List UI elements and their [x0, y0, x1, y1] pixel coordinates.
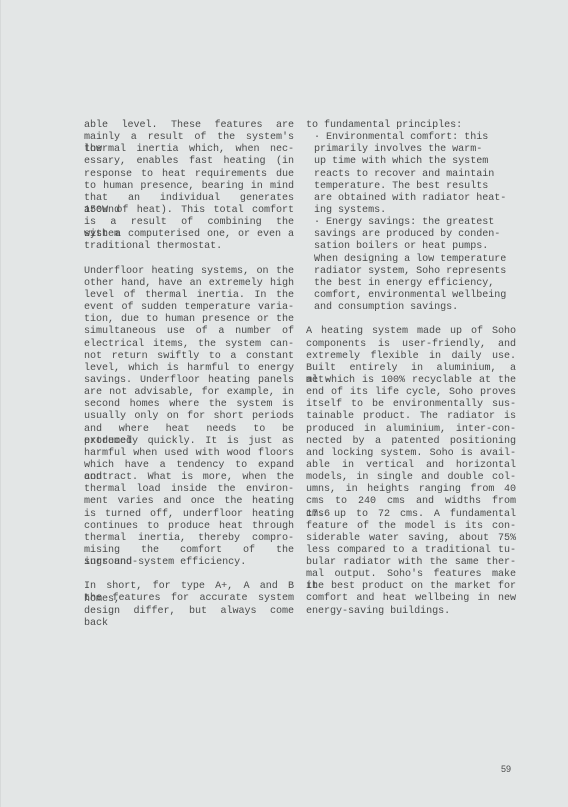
text-line: ment varies and once the heating	[84, 496, 294, 508]
text-line: ings and system efficiency.	[84, 557, 294, 569]
paragraph-low-inertia: able level. These features are mainly a …	[84, 120, 294, 254]
paragraph-soho-system: A heating system made up of Soho compone…	[306, 326, 516, 617]
right-column: to fundamental principles: · Environment…	[306, 120, 516, 618]
text-line: which have a tendency to expand and	[84, 460, 294, 472]
text-line: other hand, have an extremely high	[84, 278, 294, 290]
text-line: cms to 240 cms and widths from 17.6	[306, 496, 516, 508]
text-line: extremely quickly. It is just as	[84, 436, 294, 448]
text-line: with a computerised one, or even a	[84, 229, 294, 241]
page-number: 59	[501, 764, 511, 774]
text-line: and locking system. Soho is avail-	[306, 448, 516, 460]
text-line: response to heat requirements due	[84, 169, 294, 181]
text-line: al which is 100% recyclable at the	[306, 375, 516, 387]
text-line: electrical items, the system can-	[84, 339, 294, 351]
bullet-line: savings are produced by conden-	[306, 229, 516, 241]
text-line: contract. What is more, when the	[84, 472, 294, 484]
paragraph-in-short: In short, for type A+, A and B homes, th…	[84, 581, 294, 617]
bullet-environmental-comfort: · Environmental comfort: this primarily …	[306, 132, 516, 217]
text-line: mainly a result of the system's low	[84, 132, 294, 144]
text-line: mising the comfort of the surround-	[84, 545, 294, 557]
text-line: cms up to 72 cms. A fundamental	[306, 509, 516, 521]
bullet-line: up time with which the system	[306, 156, 516, 168]
text-line: the features for accurate system	[84, 593, 294, 605]
text-line: In short, for type A+, A and B homes,	[84, 581, 294, 593]
text-line: feature of the model is its con-	[306, 521, 516, 533]
paragraph-spacer	[306, 314, 516, 326]
text-line: mal output. Soho's features make it	[306, 569, 516, 581]
bullet-line: · Energy savings: the greatest	[306, 217, 516, 229]
text-line: extremely flexible in daily use.	[306, 351, 516, 363]
bullet-line: the best in energy efficiency,	[306, 278, 516, 290]
text-line: Built entirely in aluminium, a met-	[306, 363, 516, 375]
text-line: models, in single and double col-	[306, 472, 516, 484]
text-line: nected by a patented positioning	[306, 436, 516, 448]
paragraph-spacer	[84, 569, 294, 581]
text-line: umns, in heights ranging from 40	[306, 484, 516, 496]
bullet-line: radiator system, Soho represents	[306, 266, 516, 278]
bullet-energy-savings: · Energy savings: the greatest savings a…	[306, 217, 516, 314]
bullet-line: are obtained with radiator heat-	[306, 193, 516, 205]
text-line: Underfloor heating systems, on the	[84, 266, 294, 278]
text-line: is turned off, underfloor heating	[84, 509, 294, 521]
text-line: to human presence, bearing in mind	[84, 181, 294, 193]
left-column: able level. These features are mainly a …	[84, 120, 294, 618]
text-line: bular radiator with the same ther-	[306, 557, 516, 569]
text-line: usually only on for short periods	[84, 411, 294, 423]
text-line: siderable water saving, about 75%	[306, 533, 516, 545]
text-line: components is user-friendly, and	[306, 339, 516, 351]
text-line: tainable product. The radiator is	[306, 411, 516, 423]
text-line: traditional thermostat.	[84, 241, 294, 253]
bullet-line: temperature. The best results	[306, 181, 516, 193]
bullet-line: When designing a low temperature	[306, 254, 516, 266]
document-page: able level. These features are mainly a …	[0, 0, 568, 807]
text-line: end of its life cycle, Soho proves	[306, 387, 516, 399]
text-line: savings. Underfloor heating panels	[84, 375, 294, 387]
text-line: simultaneous use of a number of	[84, 326, 294, 338]
text-line: thermal inertia which, when nec-	[84, 144, 294, 156]
text-line: thermal load inside the environ-	[84, 484, 294, 496]
text-line: tion, due to human presence or the	[84, 314, 294, 326]
bullet-line: · Environmental comfort: this	[306, 132, 516, 144]
text-line: thermal inertia, thereby compro-	[84, 533, 294, 545]
text-line: second homes where the system is	[84, 399, 294, 411]
text-line: able in vertical and horizontal	[306, 460, 516, 472]
text-line: A heating system made up of Soho	[306, 326, 516, 338]
text-line: is a result of combining the system	[84, 217, 294, 229]
bullet-line: and consumption savings.	[306, 302, 516, 314]
bullet-line: ing systems.	[306, 205, 516, 217]
bullet-line: primarily involves the warm-	[306, 144, 516, 156]
text-line: design differ, but always come back	[84, 606, 294, 618]
text-line: not return swiftly to a constant	[84, 351, 294, 363]
text-line: 150W of heat). This total comfort	[84, 205, 294, 217]
text-line: essary, enables fast heating (in	[84, 156, 294, 168]
bullet-line: comfort, environmental wellbeing	[306, 290, 516, 302]
text-line: able level. These features are	[84, 120, 294, 132]
text-line: less compared to a traditional tu-	[306, 545, 516, 557]
text-line: event of sudden temperature varia-	[84, 302, 294, 314]
text-line: comfort and heat wellbeing in new	[306, 593, 516, 605]
text-line: level, which is harmful to energy	[84, 363, 294, 375]
text-line: that an individual generates around	[84, 193, 294, 205]
bullet-line: reacts to recover and maintain	[306, 169, 516, 181]
text-line: the best product on the market for	[306, 581, 516, 593]
paragraph-underfloor-heating: Underfloor heating systems, on the other…	[84, 266, 294, 570]
text-line: and where heat needs to be produced	[84, 424, 294, 436]
text-line: itself to be environmentally sus-	[306, 399, 516, 411]
text-line: energy-saving buildings.	[306, 606, 516, 618]
paragraph-spacer	[84, 254, 294, 266]
text-line: continues to produce heat through	[84, 521, 294, 533]
bullet-line: sation boilers or heat pumps.	[306, 241, 516, 253]
text-line: harmful when used with wood floors	[84, 448, 294, 460]
text-line: produced in aluminium, inter-con-	[306, 424, 516, 436]
text-line: are not advisable, for example, in	[84, 387, 294, 399]
intro-line: to fundamental principles:	[306, 120, 516, 132]
text-line: level of thermal inertia. In the	[84, 290, 294, 302]
